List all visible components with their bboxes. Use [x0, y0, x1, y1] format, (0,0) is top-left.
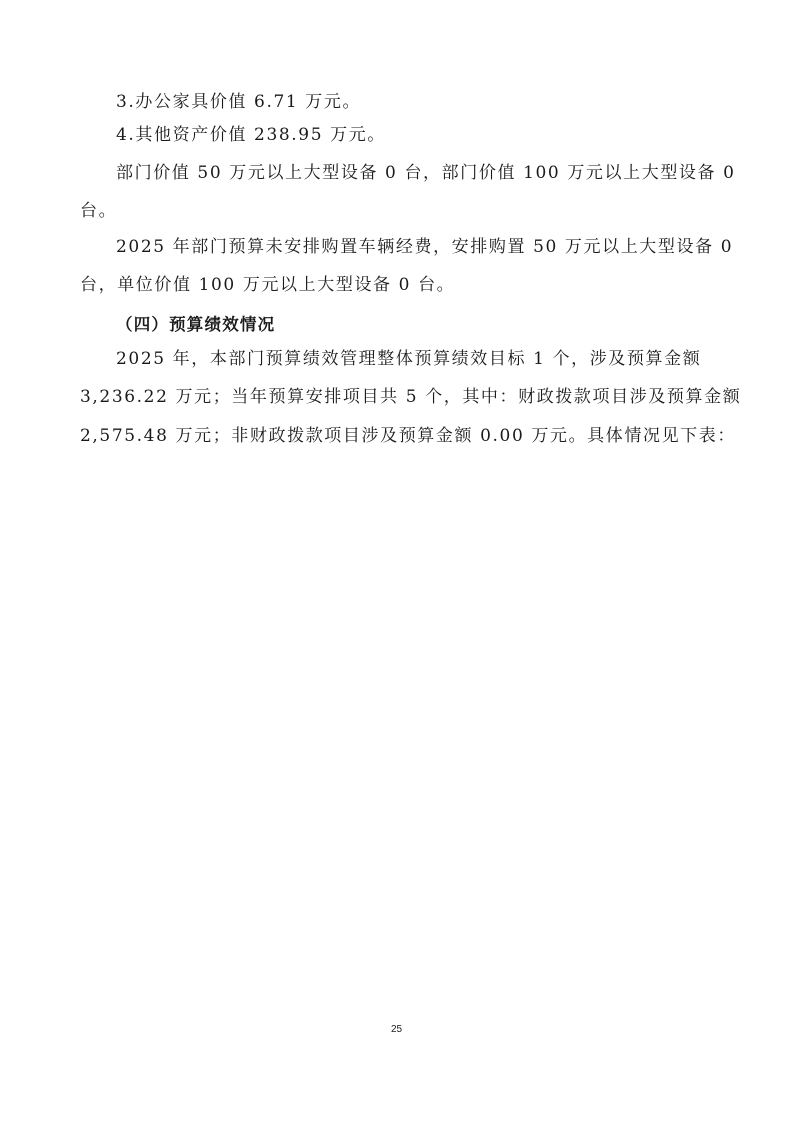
- paragraph-office-furniture: 3.办公家具价值 6.71 万元。: [116, 91, 361, 113]
- section-heading-performance: （四）预算绩效情况: [116, 314, 275, 336]
- paragraph-large-equipment-line1: 部门价值 50 万元以上大型设备 0 台，部门价值 100 万元以上大型设备 0: [116, 162, 736, 184]
- paragraph-other-assets: 4.其他资产价值 238.95 万元。: [116, 124, 386, 146]
- paragraph-large-equipment-line2: 台。: [80, 200, 117, 222]
- paragraph-performance-line2: 3,236.22 万元；当年预算安排项目共 5 个，其中：财政拨款项目涉及预算金…: [80, 386, 741, 408]
- paragraph-performance-line3: 2,575.48 万元；非财政拨款项目涉及预算金额 0.00 万元。具体情况见下…: [80, 425, 736, 447]
- paragraph-budget-purchase-line1: 2025 年部门预算未安排购置车辆经费，安排购置 50 万元以上大型设备 0: [116, 236, 733, 258]
- paragraph-performance-line1: 2025 年，本部门预算绩效管理整体预算绩效目标 1 个，涉及预算金额: [116, 348, 701, 370]
- paragraph-budget-purchase-line2: 台，单位价值 100 万元以上大型设备 0 台。: [80, 274, 455, 296]
- page-number: 25: [0, 1024, 793, 1035]
